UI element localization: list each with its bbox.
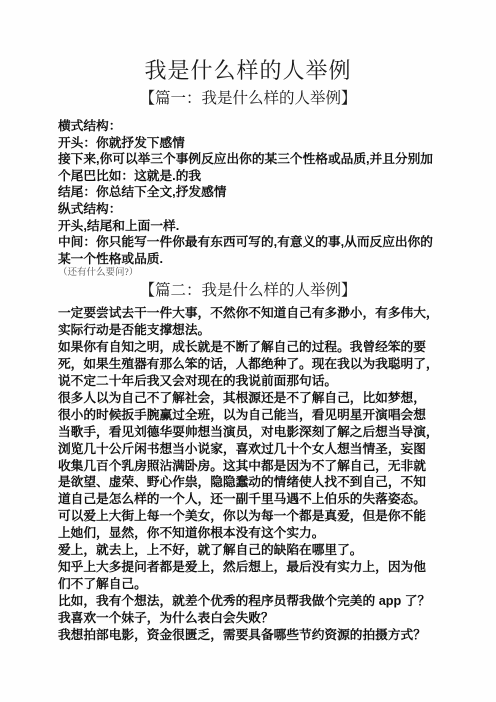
text-line: 道自己是怎么样的一个人，还一副千里马遇不上伯乐的失落姿态。 — [58, 491, 442, 508]
text-line: 我喜欢一个妹子，为什么表白会失败？ — [58, 610, 442, 627]
text-line: 上她们，显然，你不知道你根本没有这个实力。 — [58, 525, 442, 542]
text-line: 中间：你只能写一件你最有东西可写的,有意义的事,从而反应出你的 — [58, 234, 442, 251]
text-line: 结尾：你总结下全文,抒发感情 — [58, 184, 442, 201]
text-line: 个尾巴比如：这就是.的我 — [58, 168, 442, 185]
text-line: 浏览几十公斤闲书想当小说家，喜欢过几十个女人想当情圣，妄图 — [58, 441, 442, 458]
section-1-heading: 【篇一：我是什么样的人举例】 — [0, 88, 496, 110]
document-page: 我是什么样的人举例 【篇一：我是什么样的人举例】 横式结构： 开头：你就抒发下感… — [0, 0, 496, 702]
section-1-body: 横式结构： 开头：你就抒发下感情 接下来,你可以举三个事例反应出你的某三个性格或… — [58, 118, 442, 280]
text-line: 某一个性格或品质. — [58, 251, 442, 268]
text-line: 是欲望、虚荣、野心作祟，隐隐蠢动的情绪使人找不到自己，不知 — [58, 474, 442, 491]
text-line: 爱上，就去上，上不好，就了解自己的缺陷在哪里了。 — [58, 542, 442, 559]
text-line: 横式结构： — [58, 118, 442, 135]
text-line: 可以爱上大街上每一个美女，你以为每一个都是真爱，但是你不能 — [58, 508, 442, 525]
text-line: 我想拍部电影，资金很匮乏，需要具备哪些节约资源的拍摄方式？ — [58, 627, 442, 644]
note-line: （还有什么要问?） — [58, 267, 442, 280]
text-line: 开头：你就抒发下感情 — [58, 135, 442, 152]
text-line: 一定要尝试去干一件大事，不然你不知道自己有多渺小，有多伟大， — [58, 305, 442, 322]
text-line: 们不了解自己。 — [58, 576, 442, 593]
text-line: 很多人以为自己不了解社会，其根源还是不了解自己，比如梦想， — [58, 390, 442, 407]
text-line: 很小的时候扳手腕赢过全班，以为自己能当，看见明星开演唱会想 — [58, 407, 442, 424]
text-line: 死，如果生殖器有那么笨的话，人都绝种了。现在我以为我聪明了， — [58, 356, 442, 373]
section-2-heading: 【篇二：我是什么样的人举例】 — [0, 280, 496, 302]
section-2-body: 一定要尝试去干一件大事，不然你不知道自己有多渺小，有多伟大， 实际行动是否能支撑… — [58, 305, 442, 643]
doc-title: 我是什么样的人举例 — [0, 0, 496, 86]
text-line: 如果你有自知之明，成长就是不断了解自己的过程。我曾经笨的要 — [58, 339, 442, 356]
text-line: 当歌手，看见刘德华耍帅想当演员，对电影深刻了解之后想当导演， — [58, 424, 442, 441]
text-line: 开头,结尾和上面一样. — [58, 218, 442, 235]
text-line: 知乎上大多提问者都是爱上，然后想上，最后没有实力上，因为他 — [58, 559, 442, 576]
text-line: 收集几百个乳房照沾满卧房。这其中都是因为不了解自己，无非就 — [58, 458, 442, 475]
text-line: 比如，我有个想法，就差个优秀的程序员帮我做个完美的 app 了？ — [58, 593, 442, 610]
text-line: 实际行动是否能支撑想法。 — [58, 322, 442, 339]
text-line: 纵式结构： — [58, 201, 442, 218]
text-line: 接下来,你可以举三个事例反应出你的某三个性格或品质,并且分别加 — [58, 151, 442, 168]
text-line: 说不定二十年后我又会对现在的我说前面那句话。 — [58, 373, 442, 390]
